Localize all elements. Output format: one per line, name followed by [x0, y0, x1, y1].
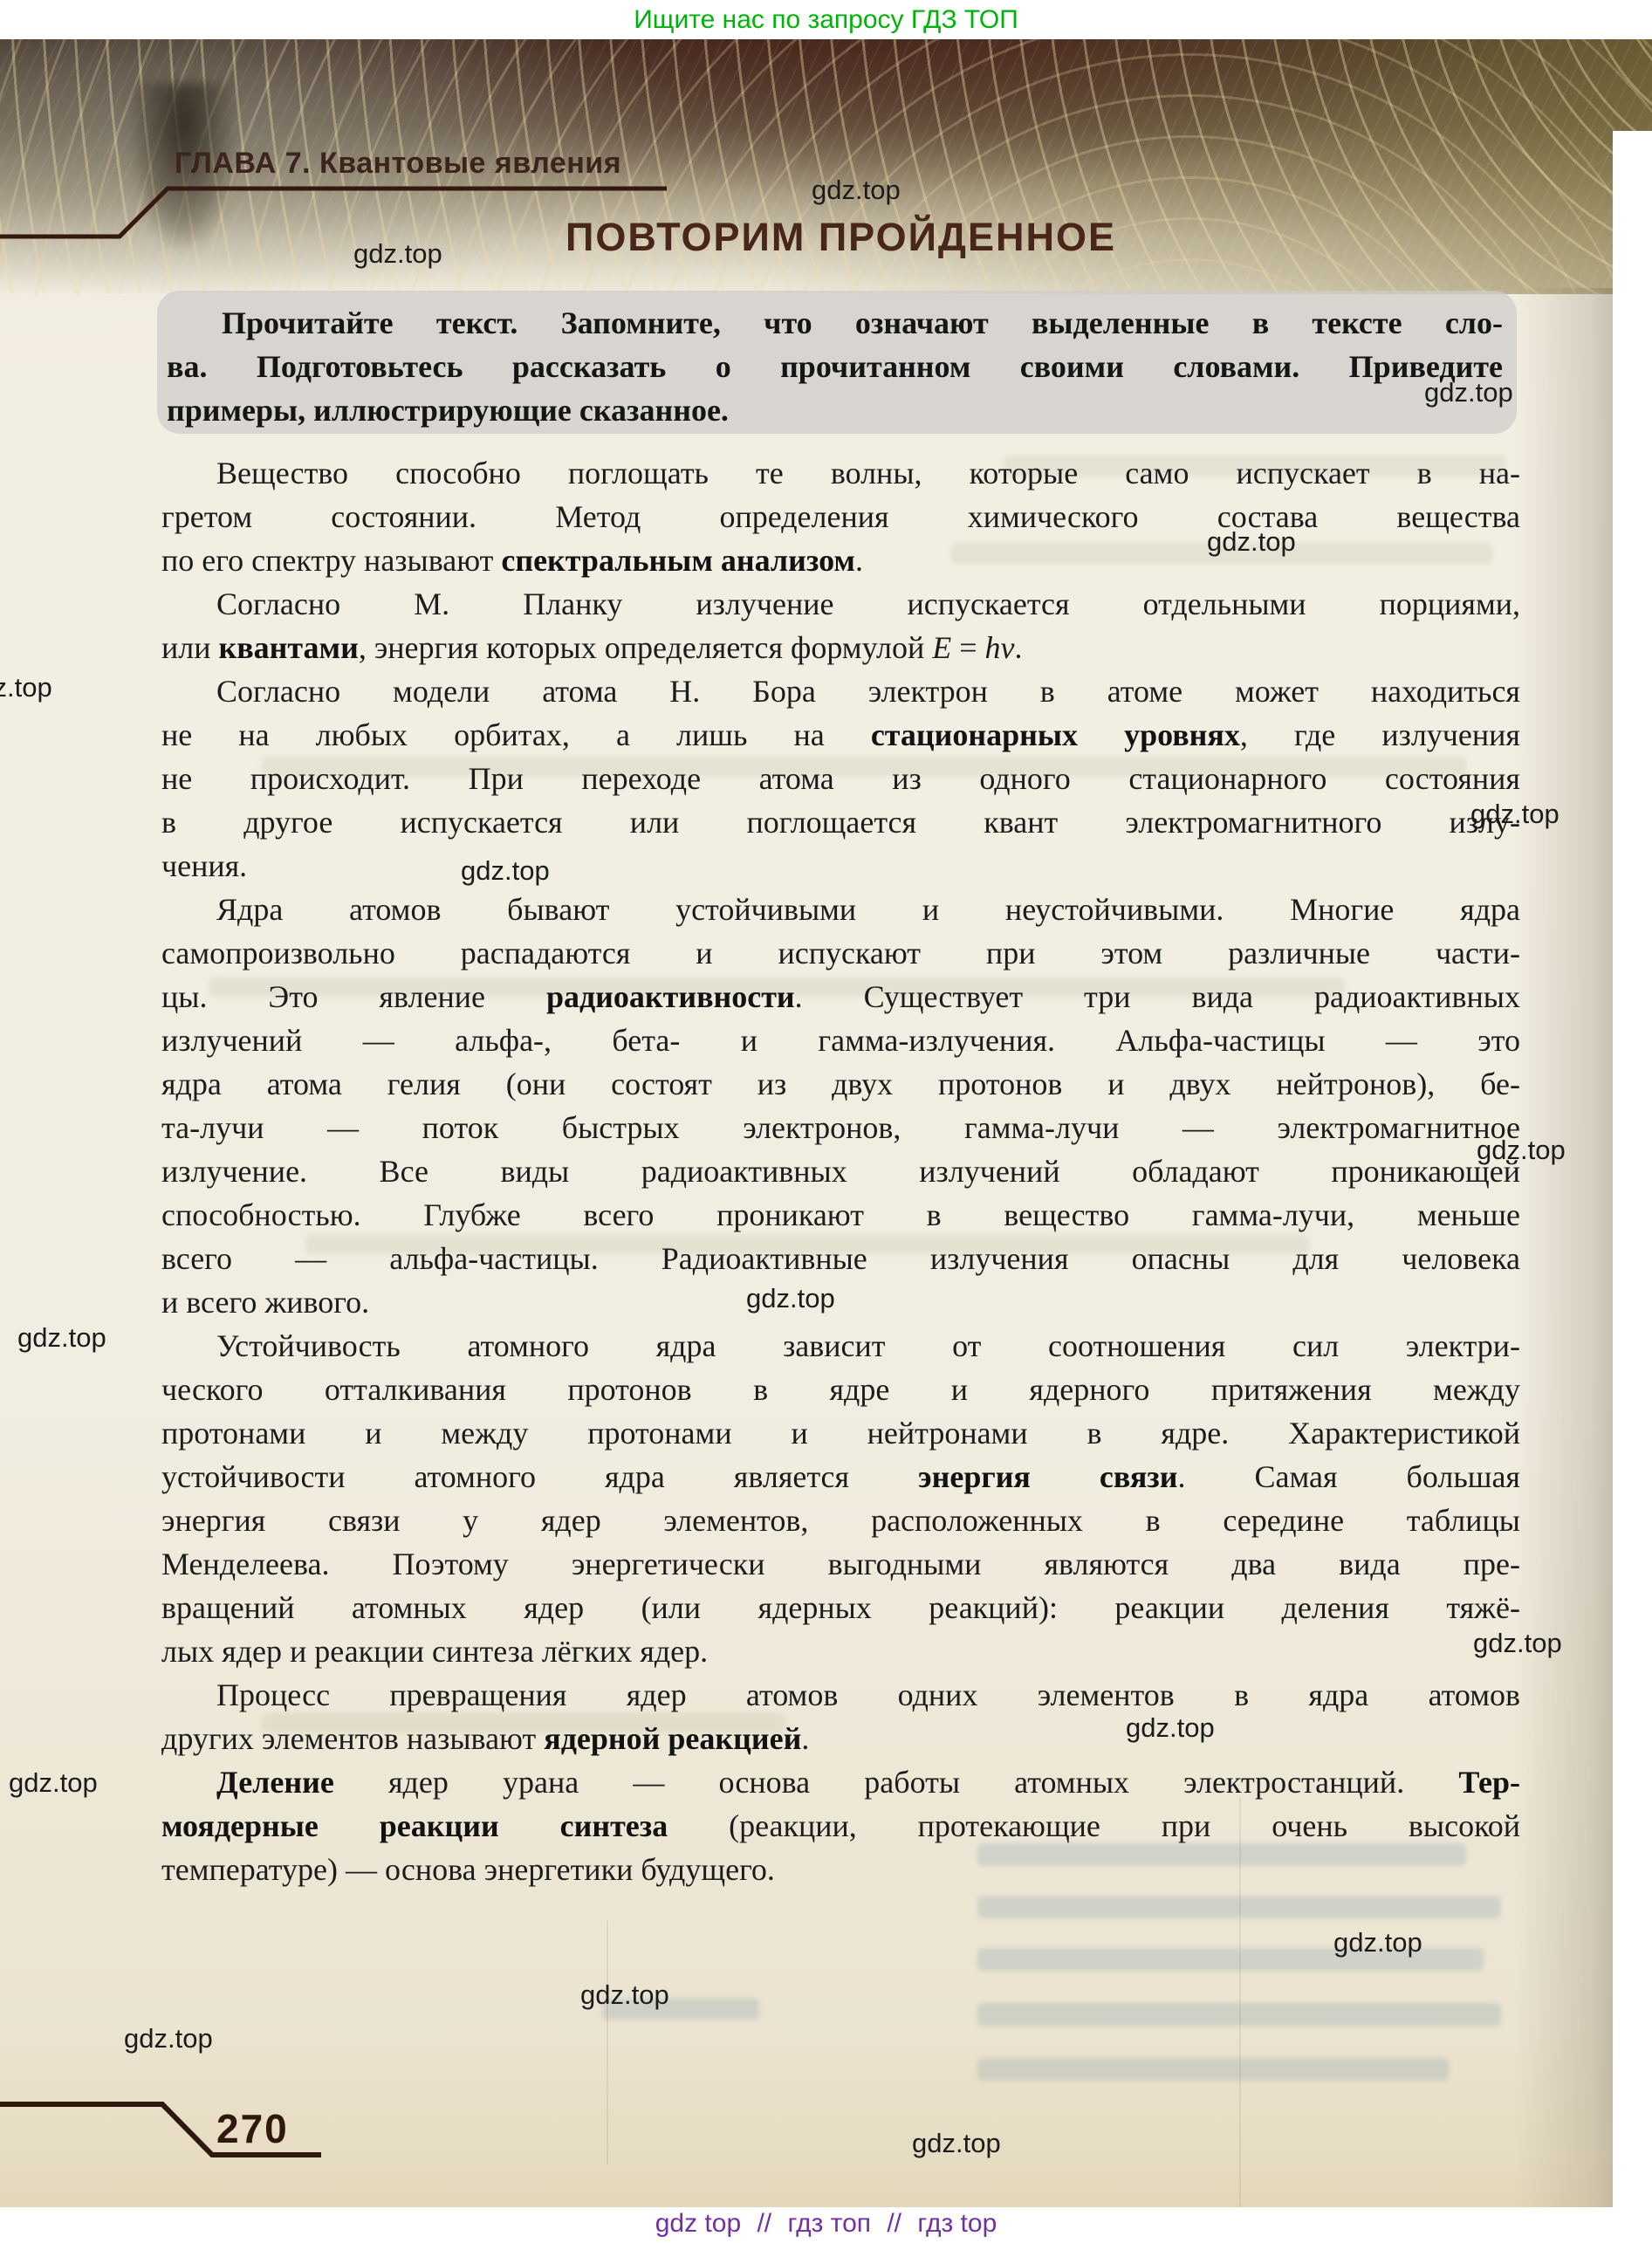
- body-run: . Самая большая: [1178, 1459, 1520, 1494]
- body-line: устойчивости атомного ядра является энер…: [161, 1455, 1520, 1499]
- body-run: та-лучи — поток быстрых электронов, гамм…: [161, 1110, 1520, 1145]
- body-line: Устойчивость атомного ядра зависит от со…: [161, 1324, 1520, 1368]
- body-run: других элементов называют: [161, 1721, 544, 1756]
- body-run: лых ядер и реакции синтеза лёгких ядер.: [161, 1634, 708, 1669]
- footer-links: gdz top // гдз топ // гдз top: [0, 2209, 1652, 2239]
- body-run: устойчивости атомного ядра является: [161, 1459, 918, 1494]
- key-term: энергия связи: [918, 1459, 1177, 1494]
- key-term: Деление: [216, 1765, 334, 1800]
- body-line: Согласно модели атома Н. Бора электрон в…: [161, 669, 1520, 713]
- body-run: =: [951, 630, 984, 665]
- body-run: излучений — альфа-, бета- и гамма-излуче…: [161, 1023, 1520, 1058]
- gdz-watermark: gdz.top: [812, 175, 901, 206]
- body-line: лых ядер и реакции синтеза лёгких ядер.: [161, 1629, 1520, 1673]
- key-term: квантами: [219, 630, 359, 665]
- body-line: Менделеева. Поэтому энергетически выгодн…: [161, 1542, 1520, 1586]
- page-number: 270: [216, 2105, 289, 2152]
- body-line: Вещество способно поглощать те волны, ко…: [161, 451, 1520, 495]
- body-run: Вещество способно поглощать те волны, ко…: [216, 456, 1520, 490]
- key-term: ядерной реакцией: [544, 1721, 801, 1756]
- gdz-watermark: gdz.top: [1126, 1712, 1215, 1744]
- body-run: Согласно М. Планку излучение испускается…: [216, 586, 1520, 621]
- body-line: по его спектру называют спектральным ана…: [161, 538, 1520, 582]
- body-line: не на любых орбитах, а лишь на стационар…: [161, 713, 1520, 757]
- instruction-box: Прочитайте текст. Запомните, что означаю…: [157, 291, 1517, 434]
- body-line: других элементов называют ядерной реакци…: [161, 1717, 1520, 1760]
- gdz-watermark: gdz.top: [1473, 1628, 1562, 1659]
- body-run: энергия связи у ядер элементов, располож…: [161, 1503, 1520, 1538]
- page-crease: [607, 1920, 608, 2164]
- body-line: Деление ядер урана — основа работы атомн…: [161, 1760, 1520, 1804]
- body-run: (реакции, протекающие при очень высокой: [668, 1808, 1520, 1843]
- body-text: Вещество способно поглощать те волны, ко…: [161, 451, 1520, 1891]
- body-run: Процесс превращения ядер атомов одних эл…: [216, 1677, 1520, 1712]
- body-run: излучение. Все виды радиоактивных излуче…: [161, 1154, 1520, 1189]
- instruction-line: ва. Подготовьтесь рассказать о прочитанн…: [167, 345, 1503, 388]
- scan-right-margin: [1613, 131, 1652, 2207]
- body-line: излучение. Все виды радиоактивных излуче…: [161, 1149, 1520, 1193]
- body-run: Ядра атомов бывают устойчивыми и неустой…: [216, 892, 1520, 927]
- body-run: и всего живого.: [161, 1285, 369, 1320]
- gdz-watermark: gdz.top: [1424, 377, 1513, 408]
- body-run: , энергия которых определяется формулой: [359, 630, 932, 665]
- footer-separator: //: [880, 2209, 908, 2238]
- gdz-watermark: gdz.top: [1333, 1927, 1422, 1958]
- body-run: гретом состоянии. Метод определения хими…: [161, 499, 1520, 534]
- body-run: . Существует три вида радиоактивных: [795, 979, 1520, 1014]
- gdz-watermark: gdz.top: [124, 2023, 213, 2054]
- body-run: в другое испускается или поглощается ква…: [161, 805, 1520, 840]
- gdz-watermark: gdz.top: [912, 2128, 1001, 2159]
- body-run: не на любых орбитах, а лишь на: [161, 717, 871, 752]
- key-term: стационарных уровнях: [871, 717, 1240, 752]
- body-run: вращений атомных ядер (или ядерных реакц…: [161, 1590, 1520, 1625]
- body-line: в другое испускается или поглощается ква…: [161, 800, 1520, 844]
- footer-link[interactable]: гдз top: [917, 2209, 997, 2238]
- body-line: излучений — альфа-, бета- и гамма-излуче…: [161, 1019, 1520, 1062]
- formula: E: [932, 630, 951, 665]
- body-run: чения.: [161, 848, 247, 883]
- body-run: всего — альфа-частицы. Радиоактивные изл…: [161, 1241, 1520, 1276]
- body-line: ядра атома гелия (они состоят из двух пр…: [161, 1062, 1520, 1106]
- instruction-line: Прочитайте текст. Запомните, что означаю…: [167, 301, 1503, 345]
- footer-link[interactable]: гдз топ: [787, 2209, 871, 2238]
- footer-separator: //: [750, 2209, 778, 2238]
- key-term: спектральным анализом: [501, 543, 855, 578]
- body-run: протонами и между протонами и нейтронами…: [161, 1416, 1520, 1451]
- body-run: ческого отталкивания протонов в ядре и я…: [161, 1372, 1520, 1407]
- body-run: температуре) — основа энергетики будущег…: [161, 1852, 775, 1887]
- body-line: Процесс превращения ядер атомов одних эл…: [161, 1673, 1520, 1717]
- instruction-line: примеры, иллюстрирующие сказанное.: [167, 388, 1503, 432]
- body-run: Менделеева. Поэтому энергетически выгодн…: [161, 1547, 1520, 1581]
- chapter-heading: ГЛАВА 7. Квантовые явления: [175, 147, 621, 181]
- body-run: ядер урана — основа работы атомных элект…: [334, 1765, 1459, 1800]
- key-term: моядерные реакции синтеза: [161, 1808, 668, 1843]
- gdz-watermark: gdz.top: [1207, 526, 1296, 558]
- body-line: или квантами, энергия которых определяет…: [161, 626, 1520, 669]
- gdz-watermark: gdz.top: [580, 1979, 669, 2011]
- body-line: цы. Это явление радиоактивности. Существ…: [161, 975, 1520, 1019]
- gdz-watermark: gdz.top: [9, 1767, 98, 1799]
- gdz-top-banner: Ищите нас по запросу ГДЗ ТОП: [0, 5, 1652, 35]
- body-line: моядерные реакции синтеза (реакции, прот…: [161, 1804, 1520, 1848]
- body-line: гретом состоянии. Метод определения хими…: [161, 495, 1520, 538]
- body-run: , где излучения: [1240, 717, 1520, 752]
- body-line: и всего живого.: [161, 1280, 1520, 1324]
- gdz-watermark: gdz.top: [1477, 1135, 1566, 1166]
- gdz-watermark: gdz.top: [0, 672, 52, 703]
- key-term: Тер-: [1458, 1765, 1520, 1800]
- body-run: ядра атома гелия (они состоят из двух пр…: [161, 1067, 1520, 1101]
- body-line: температуре) — основа энергетики будущег…: [161, 1848, 1520, 1891]
- gdz-watermark: gdz.top: [17, 1322, 106, 1354]
- body-run: цы. Это явление: [161, 979, 546, 1014]
- body-line: способностью. Глубже всего проникают в в…: [161, 1193, 1520, 1237]
- bleed-through-text: [977, 2058, 1449, 2081]
- body-line: всего — альфа-частицы. Радиоактивные изл…: [161, 1237, 1520, 1280]
- body-run: .: [1015, 630, 1023, 665]
- body-run: .: [801, 1721, 809, 1756]
- body-line: самопроизвольно распадаются и испускают …: [161, 931, 1520, 975]
- scanned-textbook-page: Ищите нас по запросу ГДЗ ТОП ГЛАВА 7. Кв…: [0, 0, 1652, 2243]
- body-run: или: [161, 630, 219, 665]
- body-line: не происходит. При переходе атома из одн…: [161, 757, 1520, 800]
- gdz-watermark: gdz.top: [1470, 799, 1559, 830]
- body-run: Согласно модели атома Н. Бора электрон в…: [216, 674, 1520, 709]
- body-run: по его спектру называют: [161, 543, 501, 578]
- body-run: способностью. Глубже всего проникают в в…: [161, 1197, 1520, 1232]
- body-line: протонами и между протонами и нейтронами…: [161, 1411, 1520, 1455]
- bleed-through-text: [977, 2003, 1501, 2026]
- body-run: Устойчивость атомного ядра зависит от со…: [216, 1328, 1520, 1363]
- body-line: та-лучи — поток быстрых электронов, гамм…: [161, 1106, 1520, 1149]
- gdz-watermark: gdz.top: [461, 855, 550, 887]
- body-line: чения.: [161, 844, 1520, 888]
- gdz-watermark: gdz.top: [746, 1283, 835, 1314]
- body-run: самопроизвольно распадаются и испускают …: [161, 936, 1520, 971]
- page-curl-shadow: [1514, 288, 1613, 2207]
- formula: hν: [985, 630, 1015, 665]
- key-term: радиоактивности: [546, 979, 795, 1014]
- body-line: ческого отталкивания протонов в ядре и я…: [161, 1368, 1520, 1411]
- gdz-watermark: gdz.top: [353, 238, 442, 270]
- body-line: энергия связи у ядер элементов, располож…: [161, 1499, 1520, 1542]
- body-run: .: [855, 543, 863, 578]
- body-line: Ядра атомов бывают устойчивыми и неустой…: [161, 888, 1520, 931]
- body-run: не происходит. При переходе атома из одн…: [161, 761, 1520, 796]
- body-line: Согласно М. Планку излучение испускается…: [161, 582, 1520, 626]
- bleed-through-text: [977, 1896, 1501, 1918]
- body-line: вращений атомных ядер (или ядерных реакц…: [161, 1586, 1520, 1629]
- footer-link[interactable]: gdz top: [655, 2209, 741, 2238]
